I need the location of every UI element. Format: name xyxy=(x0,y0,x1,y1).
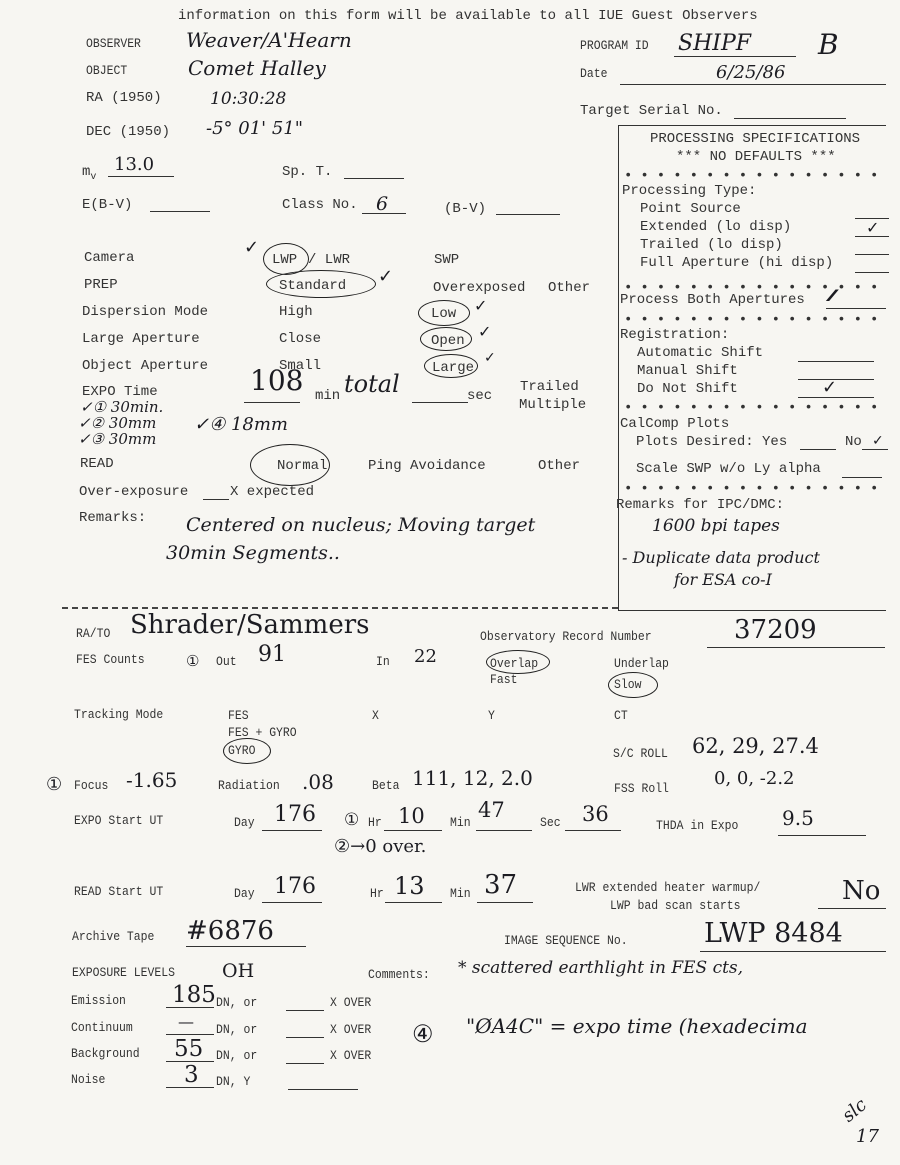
read-hr-underline xyxy=(385,902,442,903)
overexposure-field[interactable] xyxy=(203,499,229,500)
expo-start-label: EXPO Start UT xyxy=(74,813,163,828)
read-option-ping[interactable]: Ping Avoidance xyxy=(368,458,486,474)
extended-check-icon: ✓ xyxy=(866,218,879,237)
spt-label: Sp. T. xyxy=(282,164,332,180)
comments-label: Comments: xyxy=(368,967,430,982)
overlap-option[interactable]: Overlap xyxy=(490,656,538,671)
emission-dn-field[interactable]: 185 xyxy=(172,982,216,1008)
overexposure-label: Over-exposure xyxy=(79,484,188,500)
tracking-option-fes[interactable]: FES xyxy=(228,708,249,723)
expo-min-unit: min xyxy=(315,388,340,404)
tracking-ct: CT xyxy=(614,708,628,723)
expo-day-field[interactable]: 176 xyxy=(274,802,316,827)
noise-dn-field[interactable]: 3 xyxy=(184,1062,199,1088)
read-label: READ xyxy=(80,456,114,472)
slow-option[interactable]: Slow xyxy=(614,677,641,692)
divider-dots: •••••••••••••••• xyxy=(624,400,886,416)
prep-option-other[interactable]: Other xyxy=(548,280,590,296)
process-both-field[interactable] xyxy=(826,308,886,309)
expo-min-underline xyxy=(244,402,300,403)
program-id-field[interactable]: SHIPF xyxy=(678,31,751,56)
reg-automatic: Automatic Shift xyxy=(637,345,763,361)
background-label: Background xyxy=(71,1046,140,1061)
date-field[interactable]: 6/25/86 xyxy=(716,62,785,83)
ebv-label: E(B-V) xyxy=(82,197,132,213)
noise-y-field[interactable] xyxy=(288,1089,358,1090)
read-day-underline xyxy=(262,902,322,903)
record-label: Observatory Record Number xyxy=(480,629,652,644)
continuum-dn-field[interactable]: — xyxy=(178,1012,194,1031)
object-aperture-check-icon: ✓ xyxy=(484,350,496,366)
fast-option[interactable]: Fast xyxy=(490,672,517,687)
fss-roll-field[interactable]: 0, 0, -2.2 xyxy=(714,768,795,789)
fes-out-field[interactable]: 91 xyxy=(258,642,286,667)
camera-option-swp[interactable]: SWP xyxy=(434,252,459,268)
ipc-remarks-label: Remarks for IPC/DMC: xyxy=(616,497,784,513)
thda-field[interactable]: 9.5 xyxy=(782,806,814,830)
registration-label: Registration: xyxy=(620,327,729,343)
large-aperture-check-icon: ✓ xyxy=(478,322,491,341)
lwr-field[interactable]: No xyxy=(842,876,880,906)
trailed-option[interactable]: Trailed xyxy=(520,379,579,395)
dispersion-check-icon: ✓ xyxy=(474,296,487,315)
class-label: Class No. xyxy=(282,197,358,213)
note4-marker: ④ xyxy=(412,1020,434,1048)
continuum-over-field[interactable] xyxy=(286,1037,324,1038)
expo-min-label: Min xyxy=(450,815,471,830)
radiation-label: Radiation xyxy=(218,778,280,793)
bv-field[interactable] xyxy=(496,214,560,215)
date-label: Date xyxy=(580,66,607,81)
beta-field[interactable]: 111, 12, 2.0 xyxy=(412,766,533,790)
lwr-heater-label: LWR extended heater warmup/ xyxy=(575,880,760,895)
spt-field[interactable] xyxy=(344,178,404,179)
program-suffix: B xyxy=(818,28,839,61)
continuum-label: Continuum xyxy=(71,1020,133,1035)
type-full-aperture: Full Aperture (hi disp) xyxy=(640,255,833,271)
read-min-field[interactable]: 37 xyxy=(484,870,517,900)
emission-over-label: X OVER xyxy=(330,995,371,1010)
scale-swp-field[interactable] xyxy=(842,477,882,478)
expo-sec-underline xyxy=(565,830,621,831)
observer-label: OBSERVER xyxy=(86,36,141,51)
continuum-dn-suffix: DN, or xyxy=(216,1022,257,1037)
expo-sec-unit: sec xyxy=(467,388,492,404)
continuum-over-label: X OVER xyxy=(330,1022,371,1037)
large-aperture-label: Large Aperture xyxy=(82,331,200,347)
mv-label: mv xyxy=(82,164,96,183)
archive-tape-label: Archive Tape xyxy=(72,929,154,944)
form-notice: information on this form will be availab… xyxy=(178,8,758,24)
record-underline xyxy=(707,647,885,648)
plots-no-check-icon: ✓ xyxy=(872,433,884,449)
read-option-normal[interactable]: Normal xyxy=(277,458,327,474)
initials: slc xyxy=(838,1094,871,1126)
expo-segment-4: ✓④ 18mm xyxy=(194,414,288,435)
dispersion-label: Dispersion Mode xyxy=(82,304,208,320)
read-day-field[interactable]: 176 xyxy=(274,874,316,899)
reg-automatic-box[interactable] xyxy=(798,361,874,362)
expo-hr-label: Hr xyxy=(368,815,382,830)
date-underline xyxy=(620,84,886,85)
background-over-field[interactable] xyxy=(286,1063,324,1064)
sc-roll-field[interactable]: 62, 29, 27.4 xyxy=(692,734,819,758)
camera-option-lwp[interactable]: LWP xyxy=(272,252,297,268)
tracking-option-gyro[interactable]: GYRO xyxy=(228,743,255,758)
ra-field[interactable]: 10:30:28 xyxy=(210,89,286,109)
rato-field[interactable]: Shrader/Sammers xyxy=(130,610,369,640)
focus-marker: ① xyxy=(46,774,62,795)
object-label: OBJECT xyxy=(86,63,127,78)
expo-min-field[interactable]: 108 xyxy=(250,364,303,397)
ipc-remarks-line1: 1600 bpi tapes xyxy=(652,516,780,536)
image-sequence-underline xyxy=(700,951,886,952)
plots-no-field[interactable] xyxy=(862,449,888,450)
noise-dn-suffix: DN, Y xyxy=(216,1074,250,1089)
lwp-bad-scan-label: LWP bad scan starts xyxy=(610,898,740,913)
plots-desired-label: Plots Desired: Yes xyxy=(636,434,787,450)
divider-dots: •••••••••••••••• xyxy=(624,312,886,328)
type-trailed-box[interactable] xyxy=(855,254,889,255)
dec-label: DEC (1950) xyxy=(86,124,170,140)
ebv-field[interactable] xyxy=(150,211,210,212)
observer-field[interactable]: Weaver/A'Hearn xyxy=(186,28,352,52)
camera-check-icon: ✓ xyxy=(244,237,259,258)
process-both-scribble: ⁄⁄⁄⁄ xyxy=(830,286,833,305)
expo-hr-field[interactable]: 10 xyxy=(398,804,425,828)
read-hr-field[interactable]: 13 xyxy=(394,872,425,900)
expo-min-underline xyxy=(476,830,532,831)
beta-label: Beta xyxy=(372,778,399,793)
radiation-field[interactable]: .08 xyxy=(302,770,334,794)
emission-over-field[interactable] xyxy=(286,1010,324,1011)
processing-title: PROCESSING SPECIFICATIONS xyxy=(650,131,860,147)
continuum-underline xyxy=(166,1034,214,1035)
background-over-label: X OVER xyxy=(330,1048,371,1063)
fes-in-field[interactable]: 22 xyxy=(414,646,437,667)
processing-type-label: Processing Type: xyxy=(622,183,756,199)
divider-dots: •••••••••••••••• xyxy=(624,481,886,497)
prep-option-standard[interactable]: Standard xyxy=(279,278,346,294)
dec-field[interactable]: -5° 01' 51" xyxy=(206,118,303,139)
read-start-label: READ Start UT xyxy=(74,884,163,899)
type-extended: Extended (lo disp) xyxy=(640,219,791,235)
mv-underline xyxy=(108,176,174,177)
focus-label: Focus xyxy=(74,778,108,793)
remarks-line2: 30min Segments.. xyxy=(166,542,340,564)
tracking-mode-label: Tracking Mode xyxy=(74,707,163,722)
rato-label: RA/TO xyxy=(76,626,110,641)
noise-label: Noise xyxy=(71,1072,105,1087)
focus-field[interactable]: -1.65 xyxy=(126,768,177,792)
type-trailed: Trailed (lo disp) xyxy=(640,237,783,253)
read-option-other[interactable]: Other xyxy=(538,458,580,474)
emission-label: Emission xyxy=(71,993,126,1008)
expo-hr-underline xyxy=(384,830,442,831)
record-field[interactable]: 37209 xyxy=(734,615,817,645)
expo-day-underline xyxy=(262,830,322,831)
calcomp-label: CalComp Plots xyxy=(620,416,729,432)
comments-field[interactable]: * scattered earthlight in FES cts, xyxy=(458,958,743,978)
tracking-x: X xyxy=(372,708,379,723)
thda-underline xyxy=(778,835,866,836)
reg-do-not-shift: Do Not Shift xyxy=(637,381,738,397)
dispersion-option-low[interactable]: Low xyxy=(431,306,456,322)
mv-field[interactable]: 13.0 xyxy=(114,154,154,175)
expo-total-note: total xyxy=(344,370,400,398)
processing-box-left xyxy=(618,125,619,611)
large-aperture-option-close[interactable]: Close xyxy=(279,331,321,347)
fss-roll-label: FSS Roll xyxy=(614,781,669,796)
serial-field[interactable] xyxy=(734,118,846,119)
reg-manual: Manual Shift xyxy=(637,363,738,379)
overexposure-suffix: X expected xyxy=(230,484,314,500)
remarks-label: Remarks: xyxy=(79,510,146,526)
do-not-shift-check-icon: ✓ xyxy=(822,377,837,398)
archive-tape-field[interactable]: #6876 xyxy=(186,916,274,946)
serial-label: Target Serial No. xyxy=(580,103,723,119)
plots-yes-field[interactable] xyxy=(800,449,836,450)
multiple-option[interactable]: Multiple xyxy=(519,397,586,413)
bv-label: (B-V) xyxy=(444,201,486,217)
read-day-label: Day xyxy=(234,886,255,901)
prep-label: PREP xyxy=(84,277,118,293)
remarks-line1: Centered on nucleus; Moving target xyxy=(186,514,535,536)
expo-start-sec-field[interactable]: 36 xyxy=(582,802,609,826)
object-aperture-label: Object Aperture xyxy=(82,358,208,374)
processing-subtitle: *** NO DEFAULTS *** xyxy=(676,149,836,165)
ra-label: RA (1950) xyxy=(86,90,162,106)
divider-dots: •••••••••••••••• xyxy=(624,168,886,184)
expo-day-label: Day xyxy=(234,815,255,830)
emission-dn-suffix: DN, or xyxy=(216,995,257,1010)
program-id-label: PROGRAM ID xyxy=(580,38,649,53)
sc-roll-label: S/C ROLL xyxy=(613,746,668,761)
program-id-underline xyxy=(674,56,796,57)
prep-check-icon: ✓ xyxy=(378,266,393,287)
fes-counts-label: FES Counts xyxy=(76,652,145,667)
processing-box-bottom xyxy=(618,610,886,611)
processing-box-top xyxy=(618,125,886,126)
object-aperture-option-large[interactable]: Large xyxy=(432,360,474,376)
camera-label: Camera xyxy=(84,250,134,266)
large-aperture-option-open[interactable]: Open xyxy=(431,333,465,349)
expo-start-min-field[interactable]: 47 xyxy=(478,798,505,822)
initials-number: 17 xyxy=(856,1126,879,1147)
section-separator xyxy=(62,607,618,609)
tracking-y: Y xyxy=(488,708,495,723)
plots-no-label: No xyxy=(845,434,862,450)
expo-segment-3: ✓③ 30mm xyxy=(78,430,156,448)
archive-underline xyxy=(186,946,306,947)
scale-swp-label: Scale SWP w/o Ly alpha xyxy=(636,461,821,477)
read-min-label: Min xyxy=(450,886,471,901)
read-min-underline xyxy=(477,902,533,903)
process-both-label: Process Both Apertures xyxy=(620,292,805,308)
object-field[interactable]: Comet Halley xyxy=(188,56,326,80)
background-dn-field[interactable]: 55 xyxy=(174,1036,203,1062)
image-sequence-label: IMAGE SEQUENCE No. xyxy=(504,933,628,948)
fes-in-label: In xyxy=(376,654,390,669)
type-point-source: Point Source xyxy=(640,201,741,217)
expo-sec-field[interactable] xyxy=(412,402,468,403)
expo-hr-marker: ① xyxy=(344,810,359,830)
thda-label: THDA in Expo xyxy=(656,818,738,833)
prep-option-overexposed[interactable]: Overexposed xyxy=(433,280,525,296)
lwr-underline xyxy=(818,908,886,909)
note4-text: "ØA4C" = expo time (hexadecima xyxy=(466,1014,808,1038)
camera-option-lwr[interactable]: / LWR xyxy=(308,252,350,268)
exposure-levels-note: OH xyxy=(222,960,254,982)
ipc-remarks-line2: - Duplicate data product xyxy=(622,548,820,567)
image-sequence-field[interactable]: LWP 8484 xyxy=(704,918,843,949)
read-hr-label: Hr xyxy=(370,886,384,901)
fes-marker: ① xyxy=(186,652,199,670)
expo-over-note: ②→0 over. xyxy=(334,836,426,857)
background-dn-suffix: DN, or xyxy=(216,1048,257,1063)
fes-out-label: Out xyxy=(216,654,237,669)
class-field[interactable]: 6 xyxy=(376,193,388,215)
exposure-levels-label: EXPOSURE LEVELS xyxy=(72,965,175,980)
underlap-option[interactable]: Underlap xyxy=(614,656,669,671)
type-full-box[interactable] xyxy=(855,272,889,273)
ipc-remarks-line3: for ESA co-I xyxy=(674,570,772,589)
dispersion-option-high[interactable]: High xyxy=(279,304,313,320)
expo-sec-label: Sec xyxy=(540,815,561,830)
